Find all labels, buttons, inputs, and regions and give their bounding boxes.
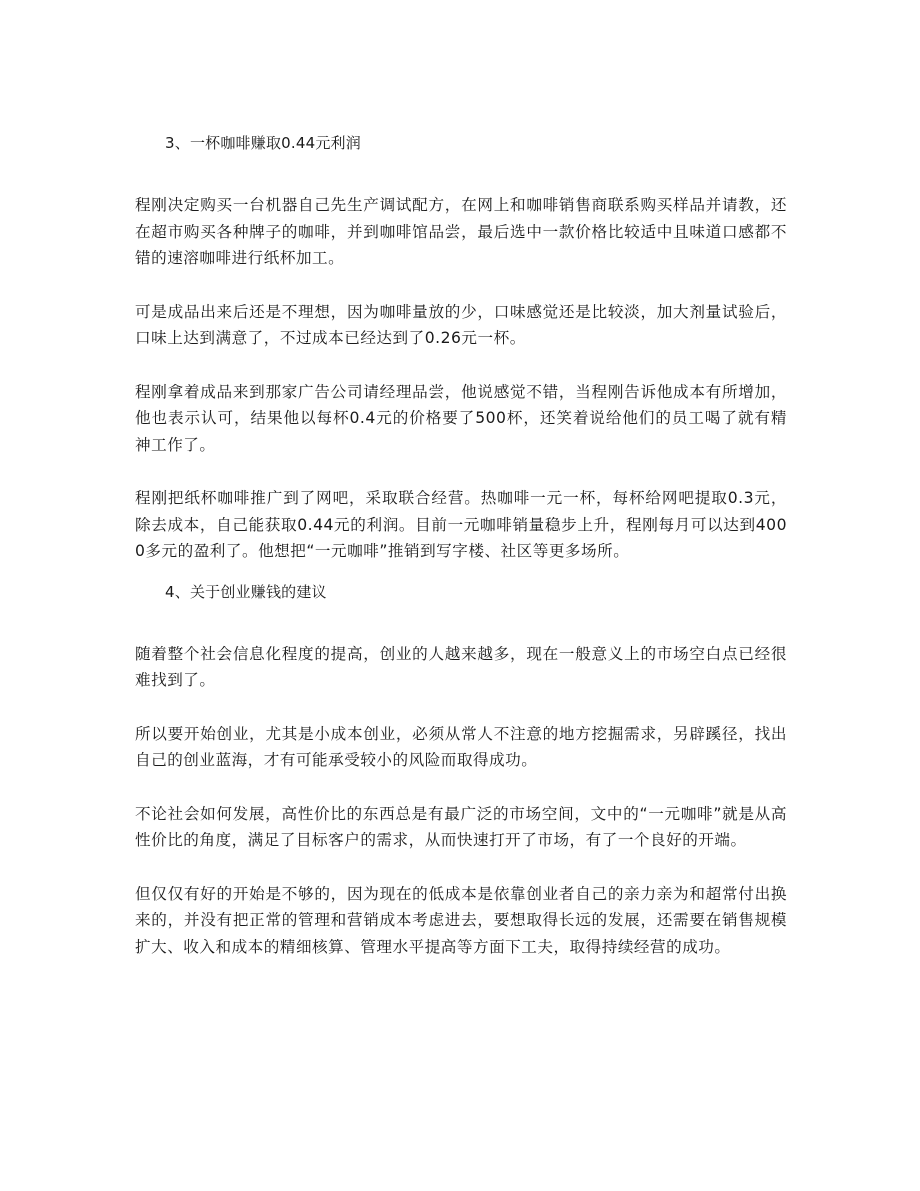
spacer [135,694,787,721]
paragraph: 不论社会如何发展，高性价比的东西总是有最广泛的市场空间，文中的“一元咖啡”就是从… [135,801,787,854]
document-page: 3、一杯咖啡赚取0.44元利润 程刚决定购买一台机器自己先生产调试配方，在网上和… [135,130,787,960]
spacer [135,156,787,192]
spacer [135,352,787,379]
paragraph: 所以要开始创业，尤其是小成本创业，必须从常人不注意的地方挖掘需求，另辟蹊径，找出… [135,721,787,774]
spacer [135,272,787,299]
paragraph: 程刚拿着成品来到那家广告公司请经理品尝，他说感觉不错，当程刚告诉他成本有所增加，… [135,379,787,459]
spacer [135,565,787,579]
spacer [135,605,787,641]
spacer [135,854,787,881]
paragraph: 程刚决定购买一台机器自己先生产调试配方，在网上和咖啡销售商联系购买样品并请教，还… [135,192,787,272]
spacer [135,774,787,801]
section-heading-3: 3、一杯咖啡赚取0.44元利润 [135,130,787,156]
paragraph: 可是成品出来后还是不理想，因为咖啡量放的少，口味感觉还是比较淡，加大剂量试验后，… [135,299,787,352]
paragraph: 随着整个社会信息化程度的提高，创业的人越来越多，现在一般意义上的市场空白点已经很… [135,641,787,694]
section-heading-4: 4、关于创业赚钱的建议 [135,579,787,605]
paragraph: 程刚把纸杯咖啡推广到了网吧，采取联合经营。热咖啡一元一杯，每杯给网吧提取0.3元… [135,485,787,565]
spacer [135,458,787,485]
paragraph: 但仅仅有好的开始是不够的，因为现在的低成本是依靠创业者自己的亲力亲为和超常付出换… [135,881,787,961]
